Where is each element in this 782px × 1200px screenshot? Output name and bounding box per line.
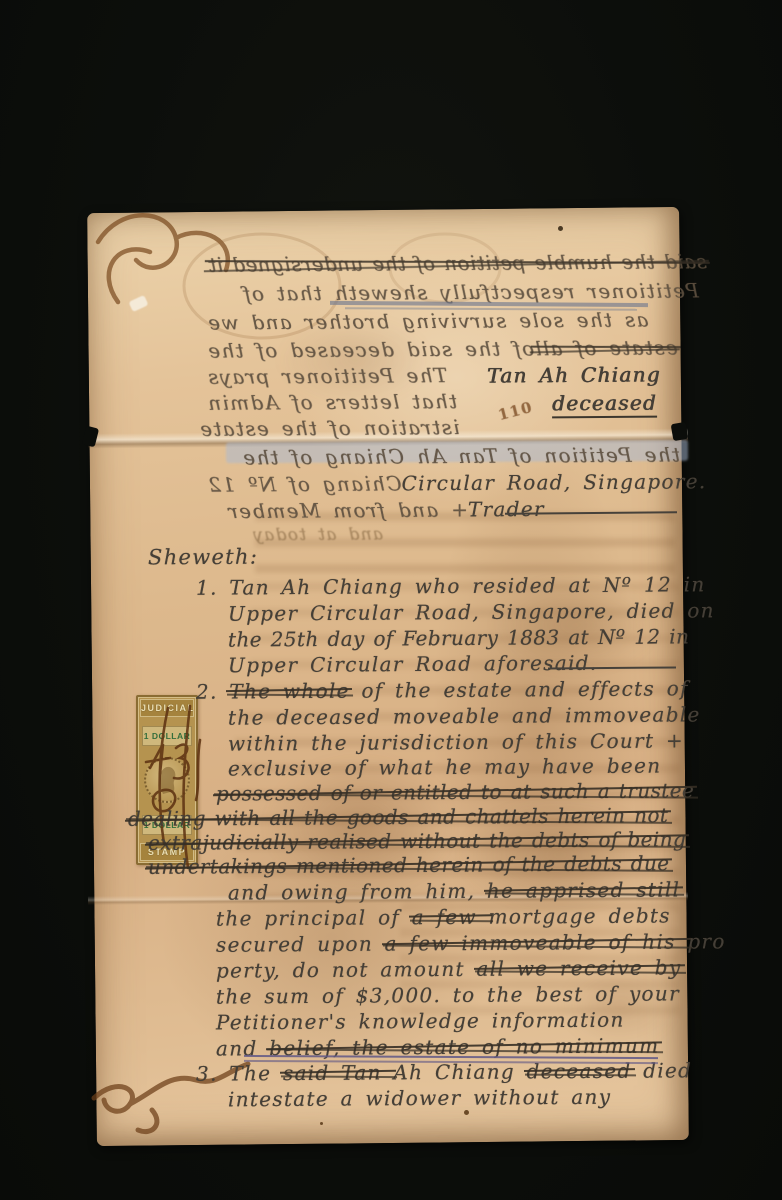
stamp-medallion: [140, 754, 194, 806]
handwritten-line: Upper Circular Road aforesaid.: [228, 653, 598, 676]
handwriting-segment: mortgage debts: [488, 903, 670, 928]
handwritten-line: undertakings mentioned herein of the deb…: [148, 853, 670, 877]
handwriting-segment: Trader: [468, 497, 545, 522]
handwritten-line: secured upon a few immoveable of his pro: [216, 931, 726, 955]
handwriting-segment: a few immoveable of his: [385, 929, 688, 955]
ink-speck: [558, 226, 563, 231]
handwritten-line: Petitioner's knowledge information: [216, 1010, 625, 1033]
ink-speck: [464, 1110, 469, 1115]
handwritten-line: of the said deceased of the estate of al…: [207, 337, 678, 360]
handwriting-segment: dealing with all the goods and chattels …: [128, 803, 668, 831]
handwriting-segment: istration of the estate: [199, 417, 460, 439]
handwritten-line: istration of the estate: [199, 417, 460, 439]
handwritten-line: possessed of or entitled to at such a tr…: [216, 780, 694, 803]
handwriting-segment: said the humble petition of the undersig…: [208, 251, 707, 274]
handwritten-line: that letters of Admin: [207, 391, 457, 413]
handwritten-line: 3. The said Tan Ah Chiang deceased died: [196, 1060, 692, 1083]
handwriting-segment: Tan Ah Chiang: [487, 362, 661, 387]
handwritten-line: 110: [498, 404, 533, 419]
handwriting-segment: Ah Chiang: [393, 1059, 526, 1084]
handwriting-segment: 3.: [196, 1061, 230, 1085]
handwriting-segment: a few: [412, 905, 489, 930]
handwriting-segment: possessed of or entitled to at such a tr…: [216, 778, 694, 805]
handwritten-line: The Petitioner prays: [207, 365, 447, 387]
handwritten-line: and owing from him, he apprised still: [228, 879, 680, 902]
handwriting-segment: he apprised still: [487, 877, 681, 902]
handwriting-segment: the sum of $3,000. to the best of your: [216, 981, 680, 1008]
handwriting-segment: 2.: [196, 679, 230, 703]
handwriting-segment: Chiang of Nº 12: [207, 473, 402, 494]
handwritten-line: said the humble petition of the undersig…: [208, 251, 707, 274]
handwritten-line: and at today: [252, 527, 383, 545]
handwriting-segment: the Petition of Tan Ah Chiang of the: [242, 444, 680, 467]
handwriting-segment: said Tan: [283, 1060, 394, 1085]
handwriting-segment: of the estate and effects of: [350, 676, 689, 702]
handwritten-line: deceased: [552, 393, 657, 414]
handwriting-segment: that letters of Admin: [207, 391, 457, 413]
handwritten-line: the deceased moveable and immoveable: [228, 704, 701, 727]
ink-speck: [320, 1122, 323, 1125]
handwriting-segment: and owing from him,: [228, 879, 487, 905]
handwriting-segment: estate of all: [534, 337, 678, 358]
handwriting-segment: 1.: [196, 576, 230, 600]
handwriting-segment: as the sole surviving brother and we: [207, 309, 649, 332]
handwritten-line: the sum of $3,000. to the best of your: [216, 983, 680, 1006]
handwriting-segment: The Petitioner prays: [207, 365, 447, 387]
handwritten-line: within the jurisdiction of this Court +: [228, 730, 684, 753]
handwriting-segment: Tan Ah Chiang who resided at Nº 12 in: [229, 572, 705, 599]
handwritten-line: Tan Ah Chiang: [487, 364, 661, 385]
handwriting-segment: perty, do not amount: [216, 957, 477, 983]
handwriting-segment: Sheweth:: [148, 545, 258, 570]
stamp-value-top: 1 DOLLAR: [142, 726, 192, 746]
document-photo: JUDICIAL 1 DOLLAR 1 DOLLAR STAMP: [0, 0, 782, 1200]
handwritten-line: dealing with all the goods and chattels …: [128, 805, 668, 829]
handwritten-line: perty, do not amount all we receive by: [216, 957, 682, 980]
handwriting-segment: deceased: [552, 391, 657, 419]
handwriting-segment: Upper Circular Road aforesaid.: [228, 651, 598, 678]
handwritten-line: Sheweth:: [148, 547, 258, 569]
handwritten-line: 1. Tan Ah Chiang who resided at Nº 12 in: [196, 574, 706, 598]
handwritten-line: exclusive of what he may have been: [228, 755, 661, 778]
handwritten-line: Upper Circular Road, Singapore, died on: [228, 600, 715, 623]
handwriting-segment: The whole: [229, 679, 350, 704]
handwriting-segment: died: [631, 1058, 692, 1082]
handwriting-segment: within the jurisdiction of this Court +: [228, 728, 684, 755]
handwritten-line: and belief, the estate of no minimum: [216, 1035, 660, 1058]
handwritten-line: as the sole surviving brother and we: [207, 309, 649, 332]
handwriting-segment: undertakings mentioned herein of the deb…: [148, 851, 670, 879]
handwriting-segment: + and from Member: [227, 499, 468, 521]
handwriting-segment: Petitioner respectfully sheweth that of: [242, 280, 699, 303]
handwriting-segment: deceased: [527, 1059, 632, 1084]
handwritten-line: the Petition of Tan Ah Chiang of the: [242, 444, 680, 467]
handwriting-segment: the 25th day of February 1883 at Nº 12 i…: [228, 624, 690, 651]
handwritten-line: Petitioner respectfully sheweth that of: [242, 280, 699, 303]
handwritten-line: Chiang of Nº 12 Circular Road, Singapore…: [207, 471, 707, 494]
handwriting-segment: Petitioner's knowledge information: [216, 1008, 625, 1035]
handwriting-segment: exclusive of what he may have been: [228, 753, 662, 780]
handwriting-segment: belief, the estate of no minimum: [269, 1033, 659, 1060]
handwritten-line: the 25th day of February 1883 at Nº 12 i…: [228, 626, 689, 649]
handwriting-segment: all we receive by: [476, 955, 681, 980]
handwriting-segment: and: [216, 1036, 269, 1060]
handwriting-segment: Upper Circular Road, Singapore, died on: [228, 598, 715, 625]
handwritten-line: extrajudicially realised without the deb…: [148, 829, 686, 853]
handwriting-segment: The: [229, 1061, 283, 1085]
handwriting-segment: the deceased moveable and immoveable: [228, 702, 701, 729]
queen-portrait-silhouette: [150, 761, 184, 799]
queen-portrait-icon: [144, 757, 190, 803]
handwritten-line: + and from Member Trader: [227, 499, 545, 521]
handwritten-line: the principal of a few mortgage debts: [216, 905, 671, 928]
handwritten-line: intestate a widower without any: [228, 1087, 611, 1110]
stamp-top-label: JUDICIAL: [140, 699, 194, 717]
handwriting-segment: of the said deceased of the: [207, 338, 534, 360]
handwriting-segment: secured upon: [216, 932, 385, 957]
handwriting-segment: pro: [687, 929, 725, 953]
handwriting-segment: Circular Road, Singapore.: [401, 469, 706, 495]
handwriting-segment: and at today: [252, 527, 383, 545]
handwriting-segment: the principal of: [216, 905, 412, 930]
handwriting-segment: intestate a widower without any: [228, 1085, 611, 1112]
handwritten-line: 2. The whole of the estate and effects o…: [196, 678, 689, 701]
